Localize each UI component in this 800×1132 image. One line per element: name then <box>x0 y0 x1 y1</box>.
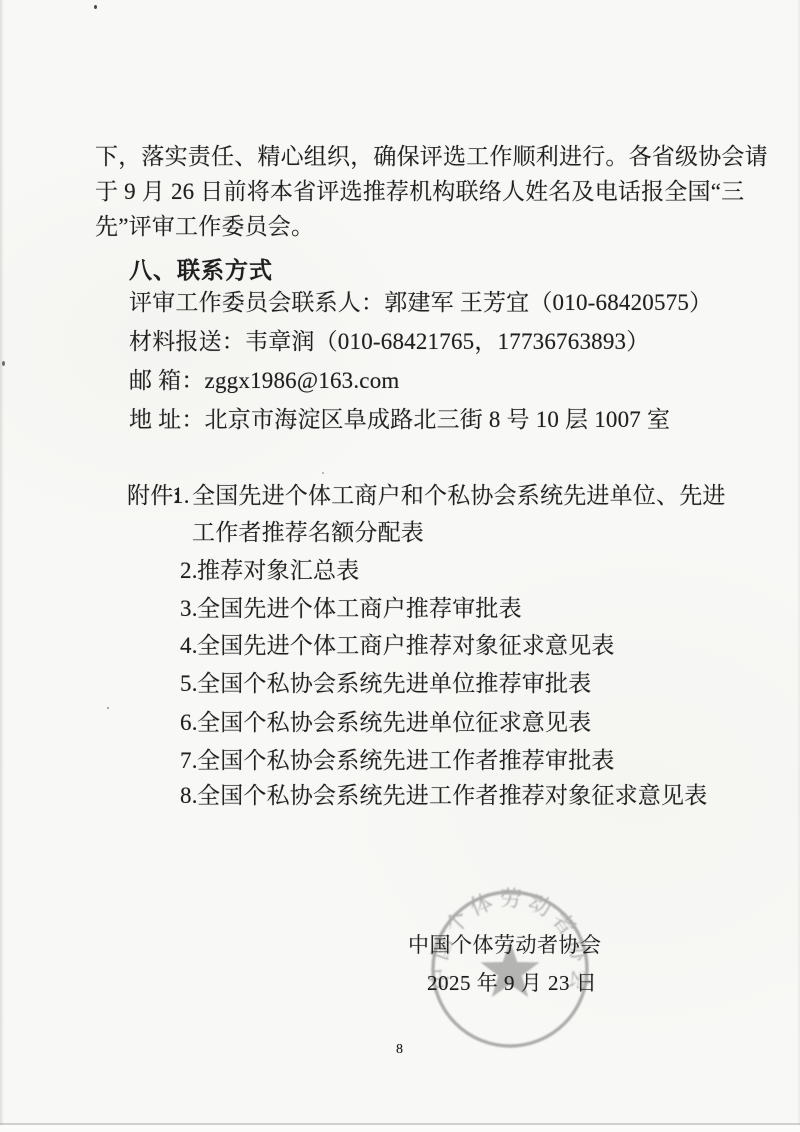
attachment-item-text: 工作者推荐名额分配表 <box>192 519 424 547</box>
attachment-item-text: 全国个私协会系统先进单位征求意见表 <box>197 709 591 737</box>
attachment-item-number: 2. <box>180 557 198 585</box>
attachment-item-number: 6. <box>180 709 198 737</box>
scan-speck <box>2 361 5 366</box>
scan-speck <box>322 472 324 474</box>
contact-line: 材料报送：韦章润（010-68421765，17736763893） <box>129 328 649 356</box>
attachment-item-number: 8. <box>180 782 198 810</box>
contact-line-email: 邮 箱：zggx1986@163.com <box>129 367 400 395</box>
section-heading: 八、联系方式 <box>129 256 273 284</box>
attachment-item-text: 全国先进个体工商户推荐审批表 <box>197 595 522 623</box>
body-paragraph-line: 于 9 月 26 日前将本省评选推荐机构联络人姓名及电话报全国“三 <box>95 178 744 206</box>
scan-speck <box>94 5 97 9</box>
attachment-item-text: 全国个私协会系统先进单位推荐审批表 <box>197 670 591 698</box>
page-edge-bottom-margin <box>0 1125 800 1132</box>
attachment-item-number: 5. <box>180 670 198 698</box>
page-edge-left <box>0 0 4 1132</box>
document-page: 下，落实责任、精心组织，确保评选工作顺利进行。各省级协会请 于 9 月 26 日… <box>0 0 800 1132</box>
attachment-item-number: 4. <box>180 632 198 660</box>
signature-date: 2025 年 9 月 23 日 <box>427 969 597 997</box>
attachment-item-text: 全国个私协会系统先进工作者推荐审批表 <box>197 747 615 775</box>
attachment-item-text: 全国个私协会系统先进工作者推荐对象征求意见表 <box>197 782 707 810</box>
body-paragraph-line: 下，落实责任、精心组织，确保评选工作顺利进行。各省级协会请 <box>95 143 768 171</box>
attachment-item-text: 推荐对象汇总表 <box>197 557 359 585</box>
contact-line: 评审工作委员会联系人：郭建军 王芳宜（010-68420575） <box>129 289 712 317</box>
page-number: 8 <box>396 1036 403 1064</box>
attachment-item-number: 7. <box>180 747 198 775</box>
body-paragraph-line: 先”评审工作委员会。 <box>95 213 314 241</box>
attachment-item-text: 全国先进个体工商户和个私协会系统先进单位、先进 <box>192 482 726 510</box>
attachment-item-number: 3. <box>180 595 198 623</box>
signature-org: 中国个体劳动者协会 <box>408 931 602 959</box>
attachment-item-number: 1. <box>172 482 190 510</box>
scan-speck <box>107 707 109 709</box>
contact-line-address: 地 址：北京市海淀区阜成路北三街 8 号 10 层 1007 室 <box>129 406 670 434</box>
attachment-item-text: 全国先进个体工商户推荐对象征求意见表 <box>197 632 615 660</box>
